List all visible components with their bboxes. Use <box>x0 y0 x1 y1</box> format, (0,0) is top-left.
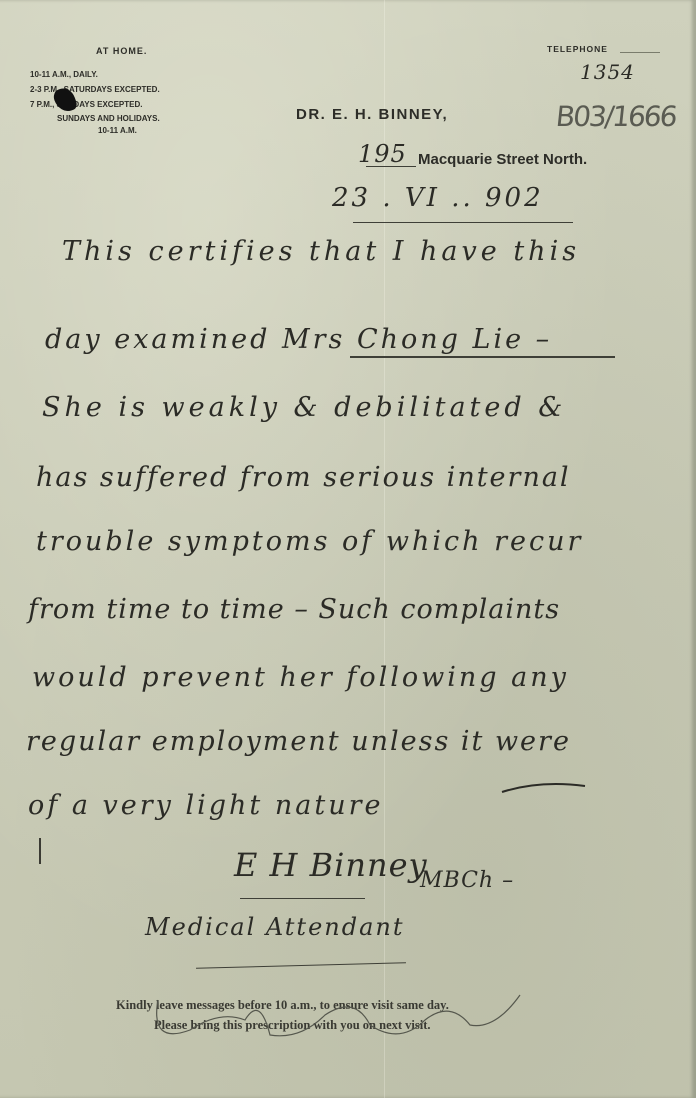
signature-underline <box>240 898 365 899</box>
letter-line: of a very light nature <box>28 790 383 821</box>
closing-flourish <box>500 778 590 798</box>
telephone-rule <box>620 52 660 53</box>
date-rule <box>353 222 573 223</box>
letter-line: She is weakly & debilitated & <box>42 392 566 423</box>
letter-line: day examined Mrs Chong Lie – <box>45 324 552 355</box>
letter-line: trouble symptoms of which recur <box>36 526 583 557</box>
hours-line: SUNDAYS AND HOLIDAYS. <box>57 114 160 123</box>
letter-line: from time to time – Such complaints <box>28 594 560 625</box>
letter-date: 23 . VI .. 902 <box>332 183 544 213</box>
letter-line: has suffered from serious internal <box>36 462 571 493</box>
hours-line: 10-11 A.M. <box>98 126 137 135</box>
hours-title: AT HOME. <box>96 46 147 56</box>
hours-line: 2-3 P.M., SATURDAYS EXCEPTED. <box>30 85 160 94</box>
hours-line: 7 P.M., SUNDAYS EXCEPTED. <box>30 100 142 109</box>
street-number-rule <box>366 166 416 167</box>
letter-page: AT HOME. 10-11 A.M., DAILY. 2-3 P.M., SA… <box>0 0 696 1098</box>
archive-reference: B03/1666 <box>554 100 677 133</box>
doctor-name: DR. E. H. BINNEY, <box>296 106 448 123</box>
title-underline <box>196 962 406 968</box>
pencil-scribble <box>150 990 530 1050</box>
address: Macquarie Street North. <box>418 151 587 168</box>
credentials: MBCh – <box>420 868 514 893</box>
signature: E H Binney <box>234 846 428 884</box>
patient-name-underline <box>350 356 615 358</box>
telephone-number: 1354 <box>580 60 635 84</box>
margin-mark <box>39 838 41 864</box>
letter-line: would prevent her following any <box>32 662 569 693</box>
hours-line: 10-11 A.M., DAILY. <box>30 70 98 79</box>
street-number: 195 <box>358 140 407 168</box>
telephone-label: TELEPHONE <box>547 44 608 54</box>
letter-line: This certifies that I have this <box>62 236 580 267</box>
letter-line: regular employment unless it were <box>26 726 571 757</box>
signatory-title: Medical Attendant <box>145 913 405 941</box>
